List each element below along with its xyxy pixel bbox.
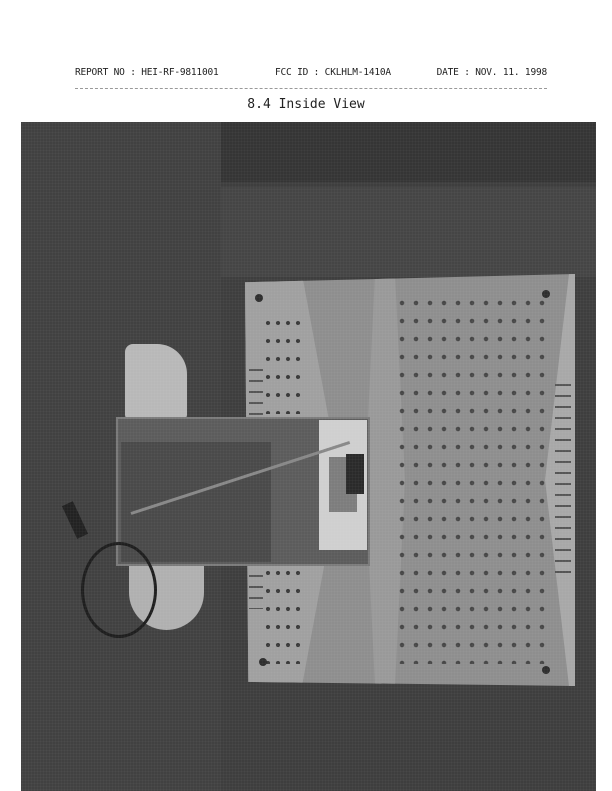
inside-view-photo: Photograph of LCD monitor rear with back… <box>21 122 596 791</box>
report-number: REPORT NO : HEI-RF-9811001 <box>75 67 219 78</box>
report-header: REPORT NO : HEI-RF-9811001 FCC ID : CKLH… <box>75 67 547 81</box>
fcc-id: FCC ID : CKLHLM-1410A <box>275 67 391 78</box>
photo-grain <box>21 122 596 791</box>
section-title: 8.4 Inside View <box>0 97 612 112</box>
header-divider <box>75 88 547 89</box>
report-date: DATE : NOV. 11. 1998 <box>437 67 547 78</box>
